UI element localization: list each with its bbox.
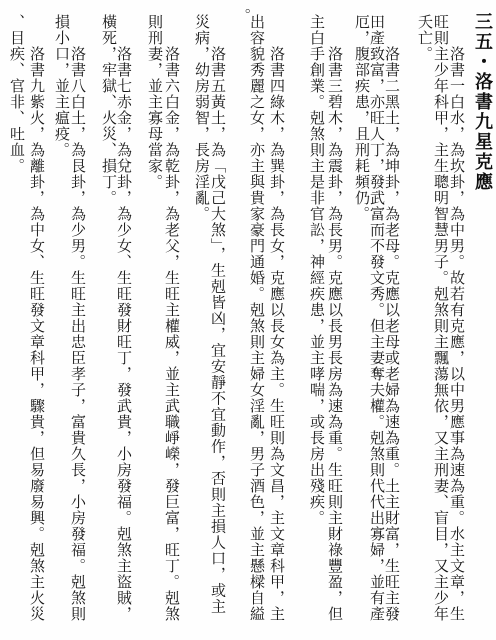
text-column: 洛書九紫火，為離卦，為中女、生旺發文章科甲，驟貴，但易廢易興。剋煞主火災 bbox=[29, 46, 45, 622]
text-column: 損小口，並主瘟疫。 bbox=[54, 14, 70, 158]
text-column: 田產致富，亦旺人丁，發武富而不發文秀。但主妻奪夫權。剋煞則代代出寡婦，並有產 bbox=[369, 14, 385, 622]
section-title: 三五・洛書九星克應 bbox=[472, 12, 492, 192]
text-column: 洛書二黑土，為坤卦，為老母。克應以老母或老婦為速為重。土主財富，生旺主發 bbox=[384, 46, 400, 622]
text-column: 災病，幼房弱智，長房淫亂。 bbox=[194, 14, 210, 222]
text-column: 、目疾、官非、吐血。 bbox=[9, 14, 25, 174]
text-column: 則刑妻，並主寡母當家。 bbox=[147, 14, 163, 190]
text-column: 洛書一白水，為坎卦，為中男。故若有克應，以中男應事為速為重。水主文章，生 bbox=[449, 46, 465, 622]
text-column: 橫死，牢獄、火災、損丁。 bbox=[101, 14, 117, 206]
text-column: 洛書六白金，為乾卦，為老父，生旺主權威，並主武職崢嶸，發巨富，旺丁。剋煞 bbox=[164, 46, 180, 622]
text-column: 洛書四綠木，為巽卦，為長女，克應以長女為主。生旺則為文昌，主文章科甲，主 bbox=[269, 46, 285, 622]
text-column: 夭亡。 bbox=[417, 14, 433, 62]
text-column: 主白手創業。剋煞則主是非官訟，神經疾患，並主哮喘，或長房出殘疾。 bbox=[309, 14, 325, 526]
text-column: 厄，腹部疾患，且刑耗頻仍。 bbox=[354, 14, 370, 222]
text-column: 出容貌秀麗之女，亦主與貴家豪門通婚。剋煞則主婦女淫亂，男子酒色，並主懸樑自縊 bbox=[249, 14, 265, 622]
text-column-punctuation: 。 bbox=[235, 8, 251, 24]
text-column: 洛書七赤金，為兌卦，為少女、生旺發財旺丁，發武貴，小房發福。剋煞主盜賊， bbox=[116, 46, 132, 622]
text-column: 旺則主少年科甲，主生聰明智慧男子。剋煞則主飄蕩無依，又主刑妻、盲目，又主少年 bbox=[433, 14, 449, 622]
text-column: 洛書三碧木，為震卦，為長男。克應以長男長房為速為重。生旺則主財祿豐盈，但 bbox=[327, 46, 343, 622]
document-page: 三五・洛書九星克應 洛書一白水，為坎卦，為中男。故若有克應，以中男應事為速為重。… bbox=[0, 0, 496, 640]
text-column: 洛書八白土，為艮卦，為少男。生旺主出忠臣孝子，富貴久長，小房發福。剋煞則 bbox=[70, 46, 86, 622]
text-column: 洛書五黃土，為「戊己大煞」，生剋皆凶，宜安靜不宜動作，否則主損人口，或主 bbox=[210, 46, 226, 615]
